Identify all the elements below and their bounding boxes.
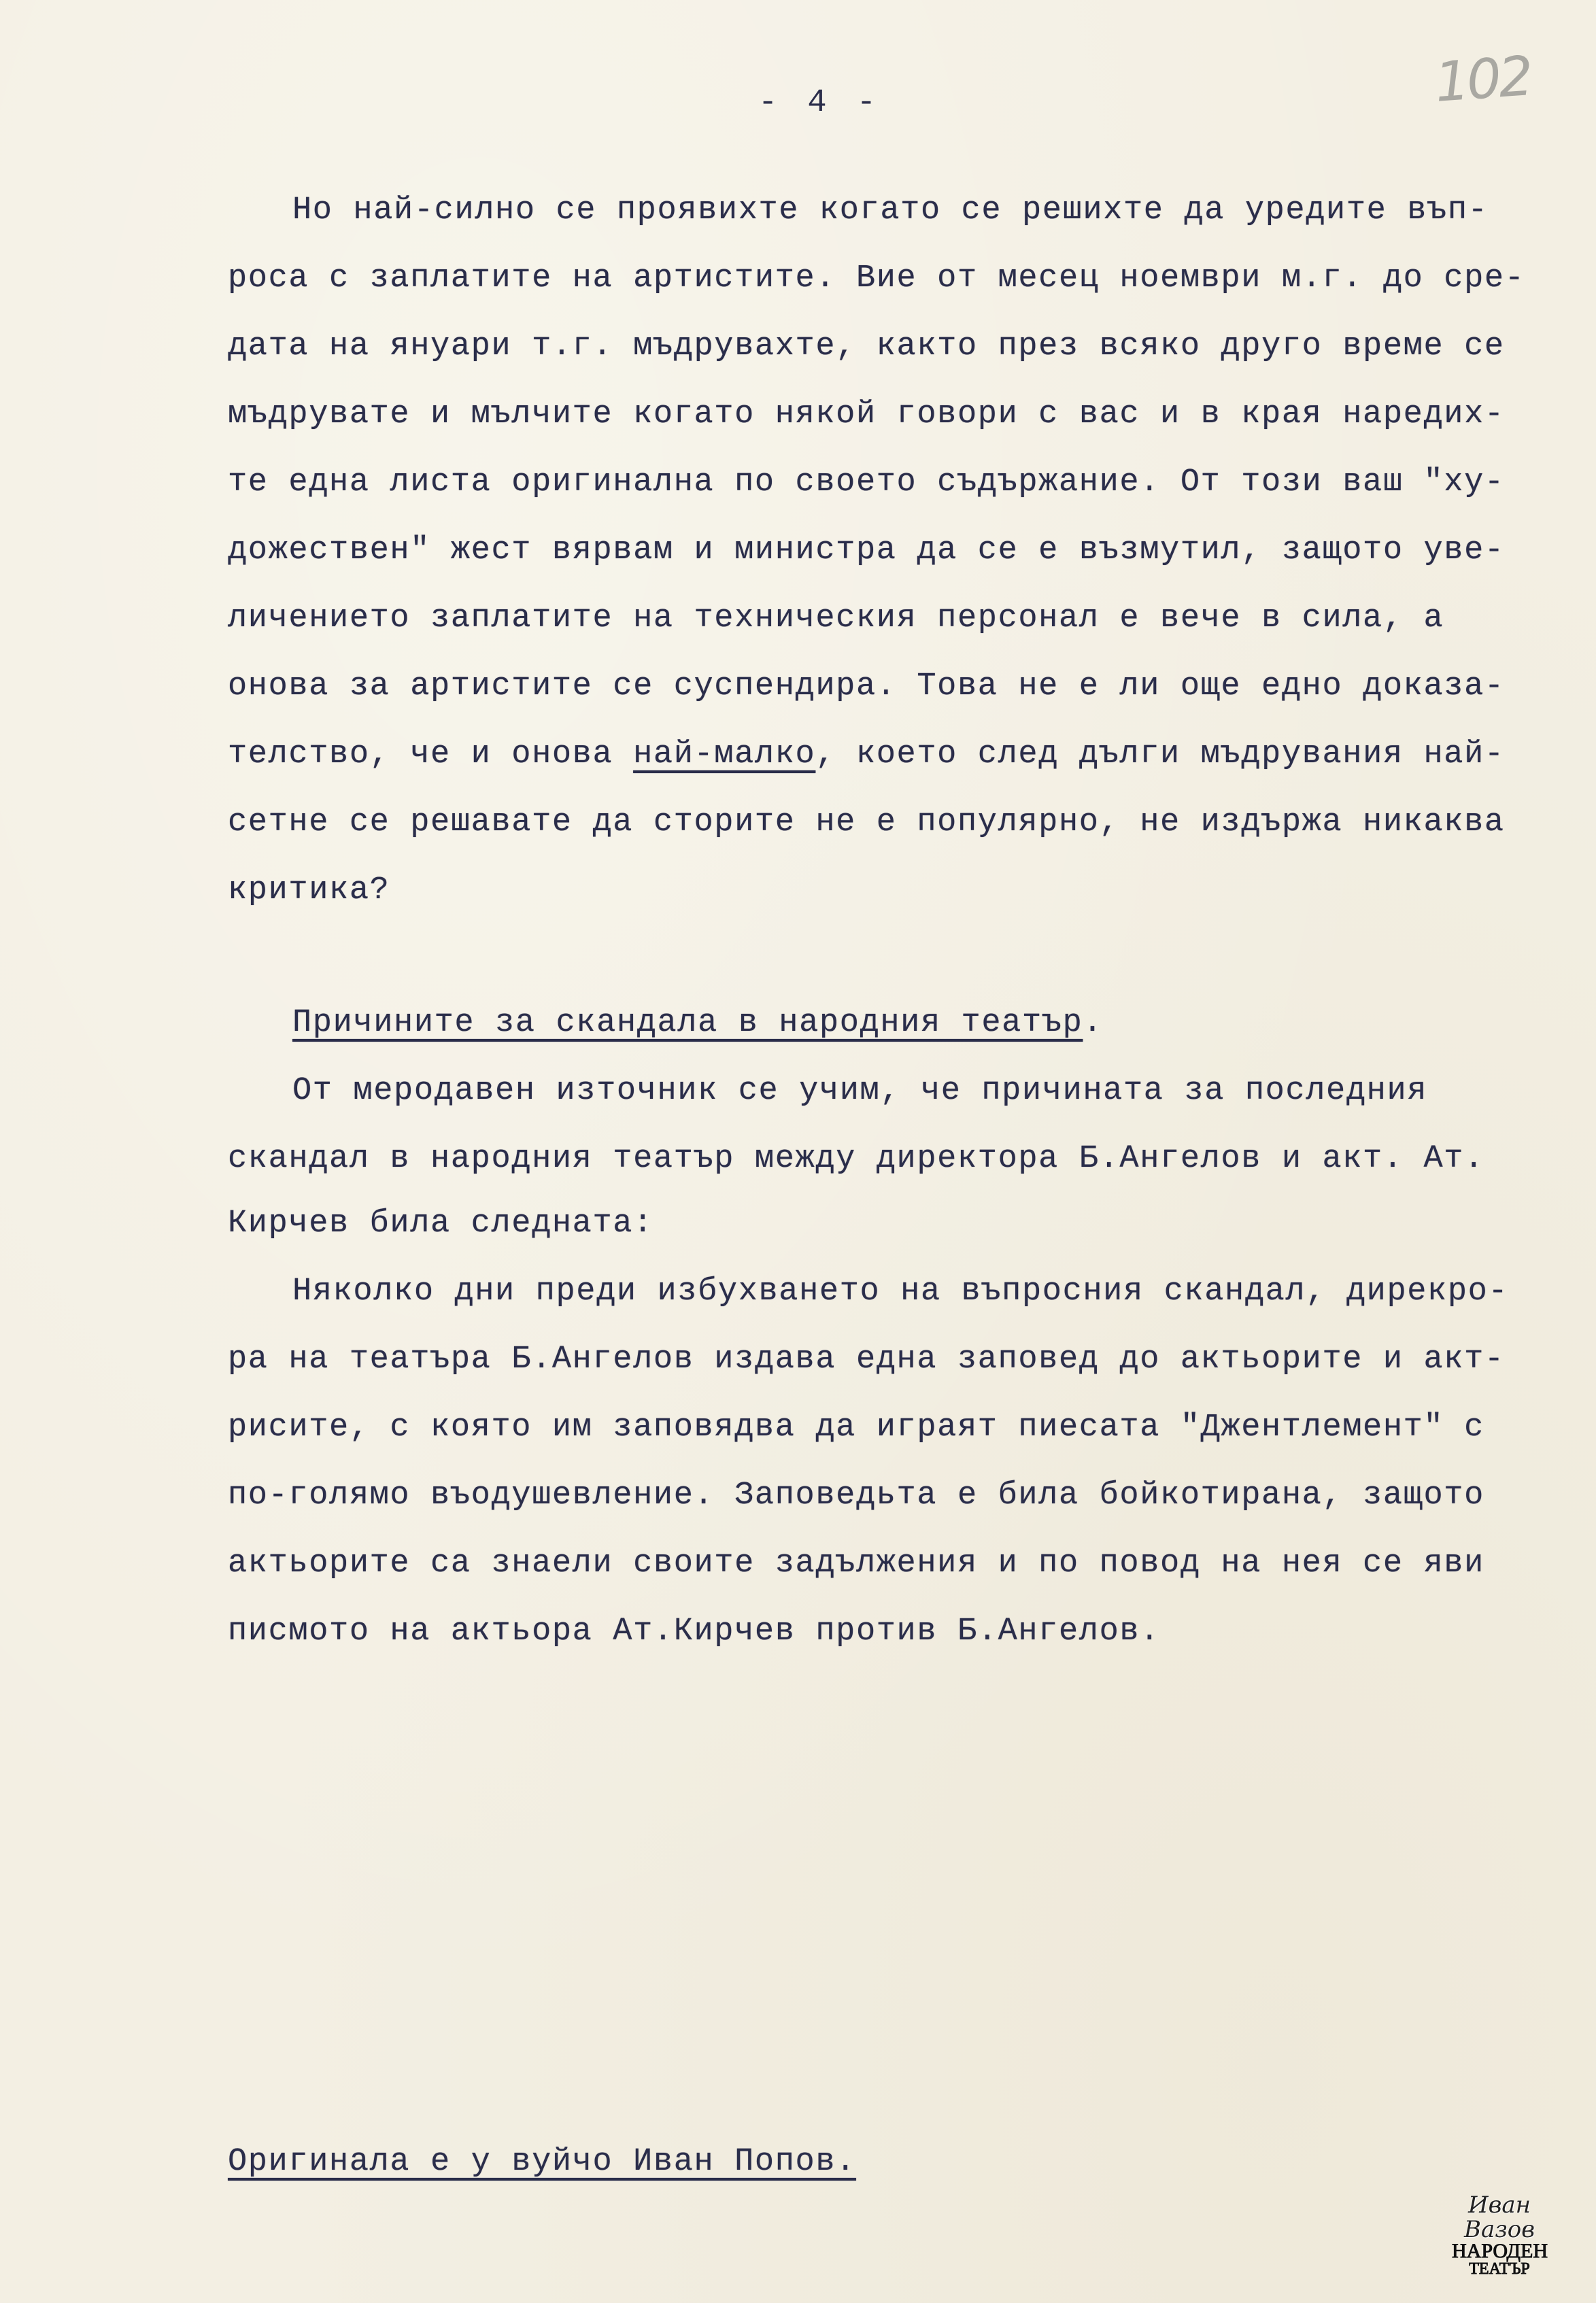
paragraph-2-line-3: Кирчев била следната: xyxy=(228,1204,653,1244)
paragraph-3-line-5: актьорите са знаели своите задължения и … xyxy=(228,1543,1484,1584)
paragraph-1-line-9: телство, че и онова най-малко, което сле… xyxy=(228,734,1505,775)
paragraph-1-line-6: дожествен" жест вярвам и министра да се … xyxy=(228,530,1505,571)
paragraph-2-line-1: От меродавен източник се учим, че причин… xyxy=(292,1071,1427,1112)
paragraph-3-line-3: рисите, с която им заповядва да играят п… xyxy=(228,1408,1484,1448)
paragraph-3-line-4: по-голямо въодушевление. Заповедьта е би… xyxy=(228,1475,1484,1516)
paragraph-1-line-8: онова за артистите се суспендира. Това н… xyxy=(228,666,1505,707)
paragraph-1-line-3: дата на януари т.г. мъдрувахте, както пр… xyxy=(228,326,1505,367)
paragraph-3-line-1: Няколко дни преди избухването на въпросн… xyxy=(292,1272,1508,1312)
national-theatre-logo: Иван Вазов НАРОДЕН ТЕАТЪР xyxy=(1452,2193,1547,2277)
footer-note: Оригинала е у вуйчо Иван Попов. xyxy=(228,2142,856,2183)
paragraph-2-line-2: скандал в народния театър между директор… xyxy=(228,1139,1484,1180)
archive-folio-number: 102 xyxy=(1433,44,1533,114)
paragraph-1-line-11: критика? xyxy=(228,870,390,911)
page-number: - 4 - xyxy=(758,85,881,121)
paragraph-1-line-1: Но най-силно се проявихте когато се реши… xyxy=(292,190,1488,231)
section-heading-period: . xyxy=(1083,1005,1103,1041)
logo-text-line-1: НАРОДЕН xyxy=(1452,2242,1547,2261)
paragraph-1-line-2: роса с заплатите на артистите. Вие от ме… xyxy=(228,258,1525,299)
logo-script-signature: Иван Вазов xyxy=(1452,2193,1547,2242)
underlined-emphasis: най-малко xyxy=(633,736,815,772)
line-9-text-before: телство, че и онова xyxy=(228,736,633,772)
paragraph-1-line-5: те една листа оригинална по своето съдър… xyxy=(228,462,1505,503)
section-heading: Причините за скандала в народния театър. xyxy=(292,1003,1103,1044)
paragraph-1-line-7: личението заплатите на техническия персо… xyxy=(228,598,1444,639)
paragraph-3-line-2: ра на театъра Б.Ангелов издава една запо… xyxy=(228,1340,1505,1380)
paragraph-3-line-6: писмото на актьора Ат.Кирчев против Б.Ан… xyxy=(228,1611,1160,1652)
footer-note-text: Оригинала е у вуйчо Иван Попов. xyxy=(228,2144,856,2180)
section-heading-text: Причините за скандала в народния театър xyxy=(292,1005,1083,1041)
line-9-text-after: , което след дълги мъдрувания най- xyxy=(815,736,1504,772)
logo-text-line-2: ТЕАТЪР xyxy=(1452,2261,1547,2277)
paragraph-1-line-4: мъдрувате и мълчите когато някой говори … xyxy=(228,394,1505,435)
document-page: - 4 - 102 Но най-силно се проявихте кога… xyxy=(0,0,1596,2303)
paragraph-1-line-10: сетне се решавате да сторите не е популя… xyxy=(228,802,1505,843)
